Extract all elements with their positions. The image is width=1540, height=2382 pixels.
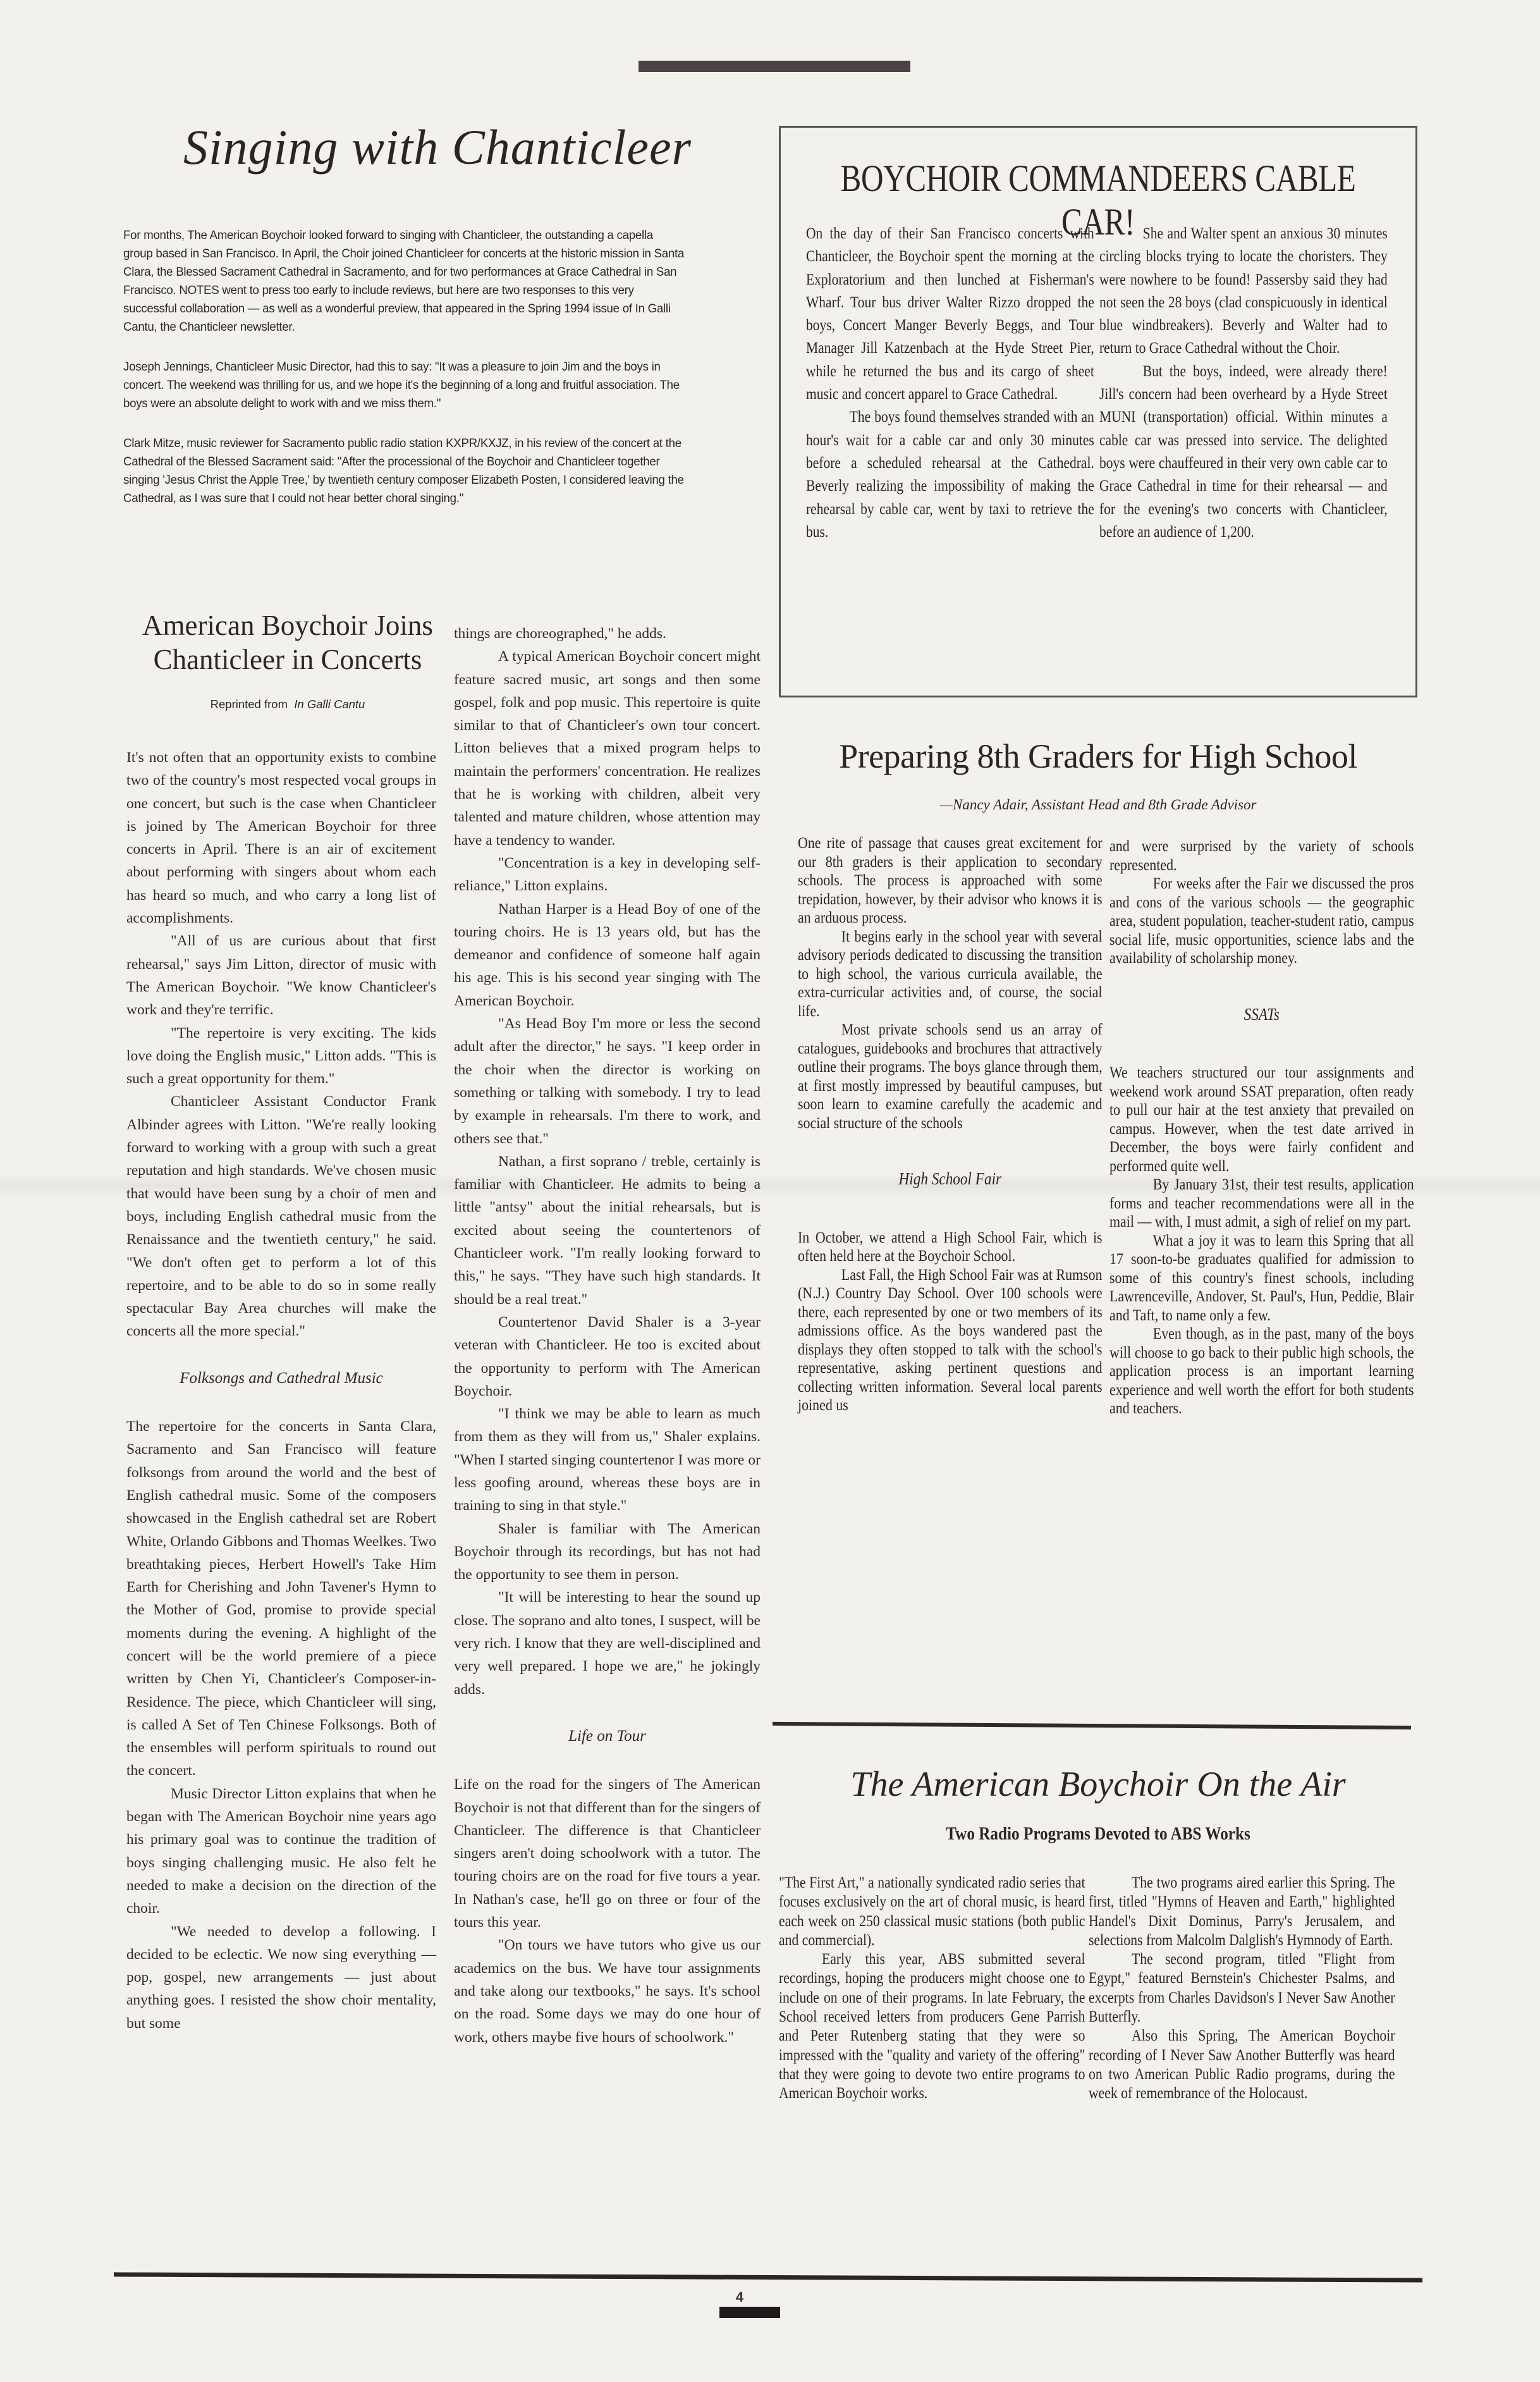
reprint-credit: Reprinted from In Galli Cantu [123,697,452,711]
eighth-graders-right-column: and were surprised by the variety of sch… [1109,837,1414,1418]
intro-paragraph: Clark Mitze, music reviewer for Sacramen… [123,434,685,508]
bottom-rule [114,2272,1422,2282]
paragraph: Also this Spring, The American Boychoir … [1089,2026,1395,2103]
paragraph: Most private schools send us an array of… [798,1020,1103,1132]
intro-paragraph: For months, The American Boychoir looked… [123,226,685,336]
title-line: Chanticleer in Concerts [123,642,452,677]
section-divider-rule [773,1722,1411,1729]
paragraph: For weeks after the Fair we discussed th… [1109,874,1414,967]
paragraph: But the boys, indeed, were already there… [1099,360,1388,544]
paragraph: "The repertoire is very exciting. The ki… [126,1022,436,1091]
paragraph: "Concentration is a key in developing se… [454,852,761,898]
byline: —Nancy Adair, Assistant Head and 8th Gra… [779,797,1417,813]
article-title-on-the-air: The American Boychoir On the Air [779,1764,1417,1805]
paragraph: On the day of their San Francisco concer… [806,223,1094,406]
subhead-ssats: SSATs [1109,1005,1414,1024]
paragraph: Shaler is familiar with The American Boy… [454,1518,761,1587]
paragraph: Last Fall, the High School Fair was at R… [798,1265,1103,1415]
joins-left-column: It's not often that an opportunity exist… [126,746,436,2035]
top-decorative-bar [639,61,910,72]
paragraph: One rite of passage that causes great ex… [798,833,1103,927]
paragraph: Chanticleer Assistant Conductor Frank Al… [126,1090,436,1342]
paragraph: Life on the road for the singers of The … [454,1773,761,1934]
paragraph: By January 31st, their test results, app… [1109,1175,1414,1231]
joins-middle-column: things are choreographed," he adds. A ty… [454,622,761,2049]
paragraph: "We needed to develop a following. I dec… [126,1920,436,2035]
paragraph: It's not often that an opportunity exist… [126,746,436,930]
paragraph: We teachers structured our tour assignme… [1109,1063,1414,1175]
intro-paragraph: Joseph Jennings, Chanticleer Music Direc… [123,358,685,413]
paragraph: The repertoire for the concerts in Santa… [126,1415,436,1783]
paragraph: Nathan Harper is a Head Boy of one of th… [454,898,761,1012]
paragraph: "As Head Boy I'm more or less the second… [454,1012,761,1150]
paragraph: Even though, as in the past, many of the… [1109,1324,1414,1418]
page-number: 4 [721,2289,759,2305]
paragraph: "I think we may be able to learn as much… [454,1403,761,1517]
paragraph: It begins early in the school year with … [798,927,1103,1021]
cable-car-right-column: She and Walter spent an anxious 30 minut… [1099,223,1388,544]
eighth-graders-left-column: One rite of passage that causes great ex… [798,833,1103,1415]
singing-intro: For months, The American Boychoir looked… [123,226,685,508]
paragraph: Music Director Litton explains that when… [126,1783,436,1920]
paragraph: The boys found themselves stranded with … [806,406,1094,544]
paragraph: She and Walter spent an anxious 30 minut… [1099,223,1388,360]
title-line: American Boychoir Joins [123,608,452,642]
paragraph: "The First Art," a nationally syndicated… [779,1873,1085,1949]
subhead-folksongs: Folksongs and Cathedral Music [126,1367,436,1390]
paragraph: What a joy it was to learn this Spring t… [1109,1231,1414,1325]
reprint-prefix: Reprinted from [211,697,288,711]
paragraph: Early this year, ABS submitted several r… [779,1949,1085,2103]
paragraph: Nathan, a first soprano / treble, certai… [454,1150,761,1311]
article-subtitle: Two Radio Programs Devoted to ABS Works [811,1824,1386,1845]
cable-car-left-column: On the day of their San Francisco concer… [806,223,1094,544]
article-title-eighth-graders: Preparing 8th Graders for High School [779,737,1417,776]
paragraph: The two programs aired earlier this Spri… [1089,1873,1395,1949]
on-air-left-column: "The First Art," a nationally syndicated… [779,1873,1085,2103]
article-title-singing-with-chanticleer: Singing with Chanticleer [183,119,740,176]
paragraph: things are choreographed," he adds. [454,622,761,645]
article-title-boychoir-joins: American Boychoir Joins Chanticleer in C… [123,608,452,677]
paragraph: "On tours we have tutors who give us our… [454,1934,761,2048]
paragraph: "It will be interesting to hear the soun… [454,1586,761,1700]
subhead-life-on-tour: Life on Tour [454,1725,761,1748]
paragraph: A typical American Boychoir concert migh… [454,645,761,852]
paragraph: The second program, titled "Flight from … [1089,1949,1395,2026]
paragraph: and were surprised by the variety of sch… [1109,837,1414,874]
paragraph: Countertenor David Shaler is a 3-year ve… [454,1311,761,1403]
reprint-source: In Galli Cantu [294,697,365,711]
subhead-high-school-fair: High School Fair [798,1170,1103,1189]
paragraph: In October, we attend a High School Fair… [798,1228,1103,1265]
paragraph: "All of us are curious about that first … [126,930,436,1021]
page-number-bar [719,2307,780,2318]
on-air-right-column: The two programs aired earlier this Spri… [1089,1873,1395,2103]
